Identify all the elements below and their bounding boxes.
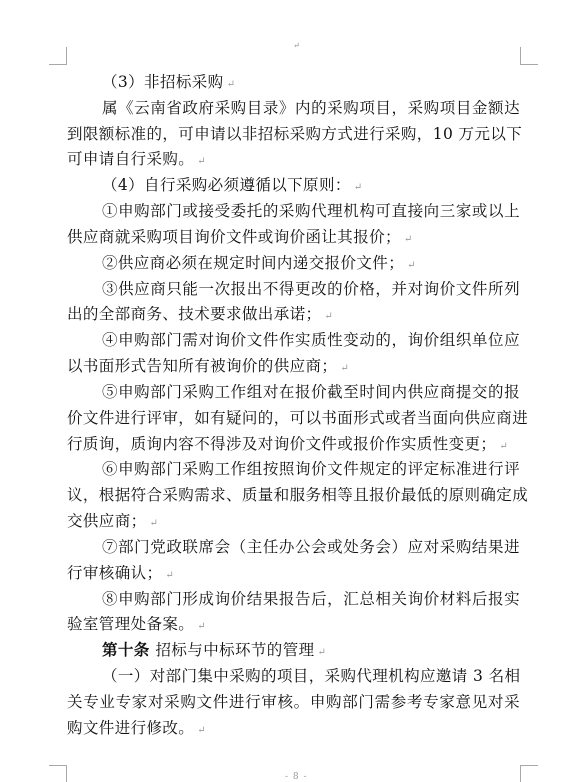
line-text: ①申购部门或接受委托的采购代理机构可直接向三家或以上 — [102, 202, 520, 220]
paragraph-mark-icon: ↵ — [354, 182, 362, 193]
line-text: ⑦部门党政联席会（主任办公会或处务会）应对采购结果进 — [102, 538, 520, 556]
text-line: ④申购部门需对询价文件作实质性变动的，询价组织单位应 — [67, 328, 520, 354]
line-text: 购文件进行修改。 — [67, 719, 194, 737]
line-text: 价文件进行评审，如有疑问的，可以书面形式或者当面向供应商进 — [67, 409, 528, 427]
text-line: （4）自行采购必须遵循以下原则：↵ — [67, 173, 520, 199]
paragraph-mark-icon: ↵ — [318, 647, 326, 658]
paragraph: （3）非招标采购↵ — [67, 70, 520, 96]
text-line: （一）对部门集中采购的项目，采购代理机构应邀请 3 名相 — [67, 664, 520, 690]
section-heading: 第十条 招标与中标环节的管理↵ — [67, 638, 520, 664]
paragraph: 属《云南省政府采购目录》内的采购项目，采购项目金额达到限额标准的，可申请以非招标… — [67, 96, 520, 173]
paragraph-mark-icon: ↵ — [197, 156, 205, 167]
line-text: 行审核确认； — [67, 564, 162, 582]
paragraph-mark-icon: ↵ — [150, 518, 158, 529]
paragraph: （一）对部门集中采购的项目，采购代理机构应邀请 3 名相关专业专家对采购文件进行… — [67, 664, 520, 741]
paragraph: ⑥申购部门采购工作组按照询价文件规定的评定标准进行评议，根据符合采购需求、质量和… — [67, 457, 520, 534]
text-line: 第十条 招标与中标环节的管理↵ — [67, 638, 520, 664]
document-page: ↵ （3）非招标采购↵属《云南省政府采购目录》内的采购项目，采购项目金额达到限额… — [0, 0, 588, 782]
text-line: （3）非招标采购↵ — [67, 70, 520, 96]
line-text: ⑧申购部门形成询价结果报告后，汇总相关询价材料后报实 — [102, 590, 520, 608]
line-text: ④申购部门需对询价文件作实质性变动的，询价组织单位应 — [102, 331, 520, 349]
text-line: ⑧申购部门形成询价结果报告后，汇总相关询价材料后报实 — [67, 587, 520, 613]
text-line: 供应商就采购项目询价文件或询价函让其报价；↵ — [67, 225, 520, 251]
line-text: （4）自行采购必须遵循以下原则： — [102, 176, 351, 194]
line-text: 以书面形式告知所有被询价的供应商； — [67, 357, 337, 375]
line-text: ③供应商只能一次报出不得更改的价格，并对询价文件所列 — [102, 280, 520, 298]
paragraph: ⑧申购部门形成询价结果报告后，汇总相关询价材料后报实验室管理处备案。↵ — [67, 587, 520, 639]
paragraph-mark-icon: ↵ — [165, 570, 173, 581]
text-line: 行审核确认；↵ — [67, 561, 520, 587]
text-line: 关专业专家对采购文件进行审核。申购部门需参考专家意见对采 — [67, 690, 520, 716]
text-line: ⑦部门党政联席会（主任办公会或处务会）应对采购结果进 — [67, 535, 520, 561]
header-paragraph-mark-icon: ↵ — [293, 41, 300, 50]
article-number: 第十条 — [102, 641, 156, 659]
paragraph: ②供应商必须在规定时间内递交报价文件；↵ — [67, 251, 520, 277]
text-line: 议，根据符合采购需求、质量和服务相等且报价最低的原则确定成 — [67, 483, 520, 509]
text-line: 以书面形式告知所有被询价的供应商；↵ — [67, 354, 520, 380]
text-line: 验室管理处备案。↵ — [67, 612, 520, 638]
text-line: ⑤申购部门采购工作组对在报价截至时间内供应商提交的报 — [67, 380, 520, 406]
text-line: 到限额标准的，可申请以非招标采购方式进行采购，10 万元以下 — [67, 122, 520, 148]
paragraph-mark-icon: ↵ — [324, 311, 332, 322]
text-line: 价文件进行评审，如有疑问的，可以书面形式或者当面向供应商进 — [67, 406, 520, 432]
paragraph-mark-icon: ↵ — [197, 725, 205, 736]
line-text: 验室管理处备案。 — [67, 615, 194, 633]
line-text: 交供应商； — [67, 512, 147, 530]
margin-corner-bottom-left — [49, 765, 67, 782]
text-line: 购文件进行修改。↵ — [67, 716, 520, 742]
text-line: 可申请自行采购。↵ — [67, 147, 520, 173]
page-number: - 8 - — [285, 772, 308, 782]
paragraph-mark-icon: ↵ — [340, 363, 348, 374]
paragraph: （4）自行采购必须遵循以下原则：↵ — [67, 173, 520, 199]
line-text: （一）对部门集中采购的项目，采购代理机构应邀请 3 名相 — [102, 667, 520, 685]
line-text: 出的全部商务、技术要求做出承诺； — [67, 305, 321, 323]
text-line: ③供应商只能一次报出不得更改的价格，并对询价文件所列 — [67, 277, 520, 303]
paragraph: ④申购部门需对询价文件作实质性变动的，询价组织单位应以书面形式告知所有被询价的供… — [67, 328, 520, 380]
line-text: 招标与中标环节的管理 — [156, 641, 315, 659]
paragraph: ⑤申购部门采购工作组对在报价截至时间内供应商提交的报价文件进行评审，如有疑问的，… — [67, 380, 520, 457]
paragraph: ③供应商只能一次报出不得更改的价格，并对询价文件所列出的全部商务、技术要求做出承… — [67, 277, 520, 329]
line-text: ⑥申购部门采购工作组按照询价文件规定的评定标准进行评 — [102, 460, 520, 478]
text-line: ②供应商必须在规定时间内递交报价文件；↵ — [67, 251, 520, 277]
document-body[interactable]: （3）非招标采购↵属《云南省政府采购目录》内的采购项目，采购项目金额达到限额标准… — [67, 70, 520, 742]
line-text: 关专业专家对采购文件进行审核。申购部门需参考专家意见对采 — [67, 693, 520, 711]
text-line: 行质询，质询内容不得涉及对询价文件或报价作实质性变更；↵ — [67, 432, 520, 458]
paragraph: ⑦部门党政联席会（主任办公会或处务会）应对采购结果进行审核确认；↵ — [67, 535, 520, 587]
line-text: 到限额标准的，可申请以非招标采购方式进行采购，10 万元以下 — [67, 125, 522, 143]
line-text: 议，根据符合采购需求、质量和服务相等且报价最低的原则确定成 — [67, 486, 528, 504]
line-text: 可申请自行采购。 — [67, 150, 194, 168]
paragraph-mark-icon: ↵ — [499, 441, 507, 452]
text-line: 出的全部商务、技术要求做出承诺；↵ — [67, 302, 520, 328]
paragraph-mark-icon: ↵ — [197, 621, 205, 632]
margin-corner-top-right — [520, 47, 538, 65]
text-line: 交供应商；↵ — [67, 509, 520, 535]
text-line: ①申购部门或接受委托的采购代理机构可直接向三家或以上 — [67, 199, 520, 225]
line-text: 供应商就采购项目询价文件或询价函让其报价； — [67, 228, 401, 246]
text-line: ⑥申购部门采购工作组按照询价文件规定的评定标准进行评 — [67, 457, 520, 483]
text-line: 属《云南省政府采购目录》内的采购项目，采购项目金额达 — [67, 96, 520, 122]
margin-corner-bottom-right — [520, 765, 538, 782]
paragraph-mark-icon: ↵ — [407, 260, 415, 271]
paragraph-mark-icon: ↵ — [227, 79, 235, 90]
line-text: 属《云南省政府采购目录》内的采购项目，采购项目金额达 — [102, 99, 520, 117]
line-text: （3）非招标采购 — [102, 73, 224, 91]
line-text: ②供应商必须在规定时间内递交报价文件； — [102, 254, 404, 272]
line-text: 行质询，质询内容不得涉及对询价文件或报价作实质性变更； — [67, 435, 496, 453]
paragraph: ①申购部门或接受委托的采购代理机构可直接向三家或以上供应商就采购项目询价文件或询… — [67, 199, 520, 251]
margin-corner-top-left — [49, 47, 67, 65]
line-text: ⑤申购部门采购工作组对在报价截至时间内供应商提交的报 — [102, 383, 520, 401]
paragraph-mark-icon: ↵ — [404, 234, 412, 245]
